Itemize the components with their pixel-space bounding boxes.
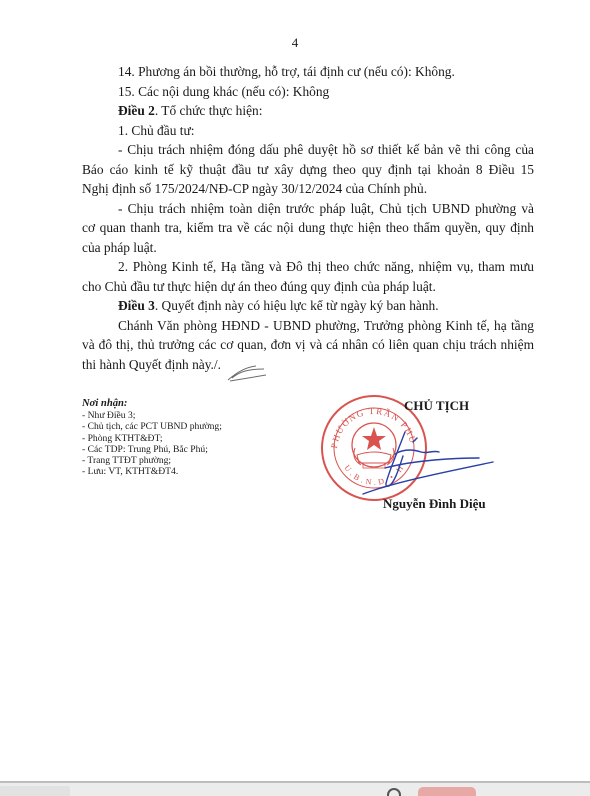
recipients-block: Nơi nhận: - Như Điều 3; - Chủ tịch, các … <box>82 398 302 477</box>
article-3-heading: Điều 3. Quyết định này có hiệu lực kể từ… <box>82 296 534 316</box>
article-2-para1-line2: Báo cáo kinh tế kỹ thuật đầu tư xây dựng… <box>82 160 534 180</box>
article-2-para1-line3: Nghị định số 175/2024/NĐ-CP ngày 30/12/2… <box>82 179 534 199</box>
signer-title: CHỦ TỊCH <box>404 398 469 414</box>
signer-name: Nguyễn Đình Diệu <box>383 496 486 512</box>
recipient-item: - Như Điều 3; <box>82 410 302 421</box>
article-2-label: Điều 2 <box>118 103 155 118</box>
page-number: 4 <box>0 35 590 51</box>
article-2-title: . Tổ chức thực hiện: <box>155 103 263 118</box>
recipient-item: - Trang TTĐT phường; <box>82 455 302 466</box>
viewer-bottom-bar <box>0 781 590 796</box>
article-3-label: Điều 3 <box>118 298 155 313</box>
article-2-sub2-line2: cho Chủ đầu tư thực hiện dự án theo đúng… <box>82 277 534 297</box>
recipient-item: - Phòng KTHT&ĐT; <box>82 433 302 444</box>
document-body: 14. Phương án bồi thường, hỗ trợ, tái đị… <box>82 62 534 374</box>
recipient-item: - Lưu: VT, KTHT&ĐT4. <box>82 466 302 477</box>
document-page: 4 14. Phương án bồi thường, hỗ trợ, tái … <box>0 0 590 781</box>
article-3-exec-line1: Chánh Văn phòng HĐND - UBND phường, Trưở… <box>82 316 534 336</box>
bar-action-button[interactable] <box>418 787 476 796</box>
article-2-sub1: 1. Chủ đầu tư: <box>82 121 534 141</box>
article-2-para2-line1: - Chịu trách nhiệm toàn diện trước pháp … <box>82 199 534 219</box>
article-3-text: . Quyết định này có hiệu lực kể từ ngày … <box>155 298 439 313</box>
article-2-para2-line3: của pháp luật. <box>82 238 534 258</box>
recipient-item: - Các TDP: Trung Phú, Bắc Phú; <box>82 444 302 455</box>
initial-flourish-icon <box>226 363 268 383</box>
item-14: 14. Phương án bồi thường, hỗ trợ, tái đị… <box>82 62 534 82</box>
recipient-item: - Chủ tịch, các PCT UBND phường; <box>82 421 302 432</box>
handwritten-signature-icon <box>355 428 495 498</box>
article-3-exec-line2: và đô thị, thủ trưởng các cơ quan, đơn v… <box>82 335 534 355</box>
article-2-para2-line2: cơ quan thanh tra, kiểm tra về các nội d… <box>82 218 534 238</box>
article-2-sub2-line1: 2. Phòng Kinh tế, Hạ tầng và Đô thị theo… <box>82 257 534 277</box>
item-15: 15. Các nội dung khác (nếu có): Không <box>82 82 534 102</box>
loading-circle-icon <box>387 788 401 796</box>
article-2-heading: Điều 2. Tổ chức thực hiện: <box>82 101 534 121</box>
article-2-para1-line1: - Chịu trách nhiệm đóng dấu phê duyệt hồ… <box>82 140 534 160</box>
article-3-exec-line3: thi hành Quyết định này./. <box>82 355 534 375</box>
recipients-title: Nơi nhận: <box>82 398 302 409</box>
bar-left-control[interactable] <box>0 786 70 796</box>
